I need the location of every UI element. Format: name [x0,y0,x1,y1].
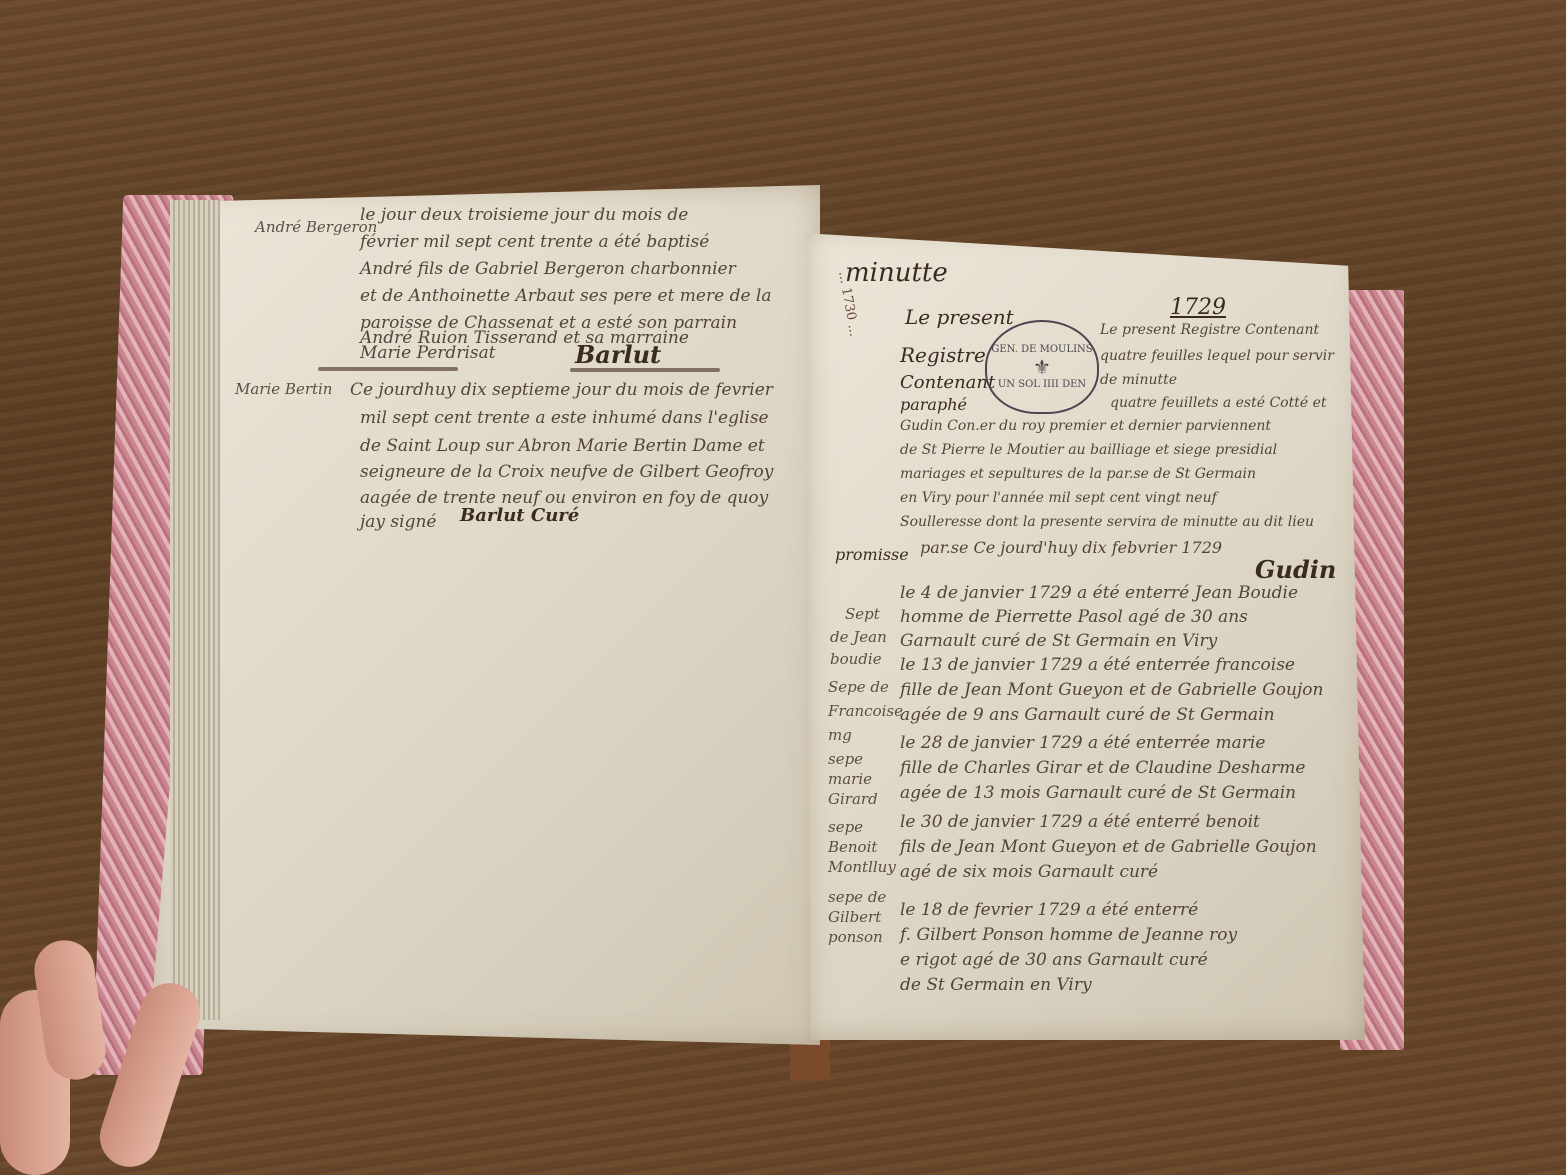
header-line: quatre feuilles lequel pour servir [1100,348,1334,364]
entry-margin: Benoit [828,838,877,856]
entry-margin: Sepe de [828,678,889,696]
header-line: par.se Ce jourd'huy dix febvrier 1729 [920,538,1222,557]
entry-line: agée de 13 mois Garnault curé de St Germ… [900,783,1296,803]
entry-line: Marie Perdrisat [360,343,496,363]
entry-line: fille de Charles Girar et de Claudine De… [900,758,1305,778]
heading-registre: Registre [900,343,986,367]
entry-margin: boudie [830,650,882,668]
year-heading: 1729 [1170,295,1226,320]
entry-line: Ce jourdhuy dix septieme jour du mois de… [350,380,773,400]
heading-contenant: Contenant [900,372,995,393]
entry-margin: Gilbert [828,908,881,926]
entry-line: le 13 de janvier 1729 a été enterrée fra… [900,655,1295,675]
entry-margin: ponson [828,928,883,946]
heading-minutte: minutte [845,258,948,288]
entry-line: le 28 de janvier 1729 a été enterrée mar… [900,733,1265,753]
entry-line: le jour deux troisieme jour du mois de [360,205,688,225]
fleur-de-lis-icon: ⚜ [1033,355,1051,379]
entry-margin: sepe de [828,888,886,906]
entry-line: mil sept cent trente a este inhumé dans … [360,408,769,428]
margin-name-marie-bertin: Marie Bertin [235,380,332,398]
entry-margin: de Jean [830,628,887,646]
entry-line: février mil sept cent trente a été bapti… [360,232,709,252]
stamp-bottom-text: UN SOL IIII DEN [998,379,1086,390]
entry-line: Garnault curé de St Germain en Viry [900,631,1217,651]
tax-stamp: GEN. DE MOULINS ⚜ UN SOL IIII DEN [985,320,1099,414]
header-line: en Viry pour l'année mil sept cent vingt… [900,490,1217,506]
margin-name-andre-bergeron: André Bergeron [255,218,377,236]
header-line: Soulleresse dont la presente servira de … [900,514,1314,530]
entry-line: agé de six mois Garnault curé [900,862,1158,882]
entry-line: jay signé [360,512,436,532]
entry-margin: Montlluy [828,858,896,876]
header-line: de St Pierre le Moutier au bailliage et … [900,442,1277,458]
entry-line: le 18 de fevrier 1729 a été enterré [900,900,1198,920]
entry-line: André fils de Gabriel Bergeron charbonni… [360,259,736,279]
entry-line: le 30 de janvier 1729 a été enterré beno… [900,812,1260,832]
divider-rule [570,368,720,372]
entry-margin: mg [828,726,852,744]
heading-le-present: Le present [905,305,1014,329]
signature: Barlut Curé [460,505,579,526]
header-line: mariages et sepultures de la par.se de S… [900,466,1256,482]
signature-gudin: Gudin [1255,555,1336,584]
entry-margin: Francoise [828,702,903,720]
signature: Barlut [575,340,661,369]
header-line: de minutte [1100,372,1177,388]
entry-margin: sepe [828,818,863,836]
page-edges [170,200,220,1020]
book-spine [790,1040,830,1080]
entry-margin: marie [828,770,872,788]
entry-line: e rigot agé de 30 ans Garnault curé [900,950,1208,970]
heading-paraphe: paraphé [900,395,967,414]
header-line: Le present Registre Contenant [1100,322,1319,338]
entry-line: de Saint Loup sur Abron Marie Bertin Dam… [360,436,765,456]
divider-rule [318,367,458,371]
entry-line: homme de Pierrette Pasol agé de 30 ans [900,607,1248,627]
entry-line: fille de Jean Mont Gueyon et de Gabriell… [900,680,1323,700]
header-line: Gudin Con.er du roy premier et dernier p… [900,418,1271,434]
margin-promisse: promisse [835,545,909,564]
entry-line: fils de Jean Mont Gueyon et de Gabrielle… [900,837,1317,857]
header-line: quatre feuillets a esté Cotté et [1110,395,1327,411]
entry-line: de St Germain en Viry [900,975,1092,995]
entry-line: seigneure de la Croix neufve de Gilbert … [360,462,773,482]
entry-line: le 4 de janvier 1729 a été enterré Jean … [900,583,1298,603]
entry-margin: sepe [828,750,863,768]
entry-line: agée de 9 ans Garnault curé de St Germai… [900,705,1275,725]
entry-line: et de Anthoinette Arbaut ses pere et mer… [360,286,772,306]
entry-margin: Girard [828,790,878,808]
entry-line: f. Gilbert Ponson homme de Jeanne roy [900,925,1237,945]
stamp-text: GEN. DE MOULINS [991,344,1092,355]
entry-margin: Sept [845,605,880,623]
